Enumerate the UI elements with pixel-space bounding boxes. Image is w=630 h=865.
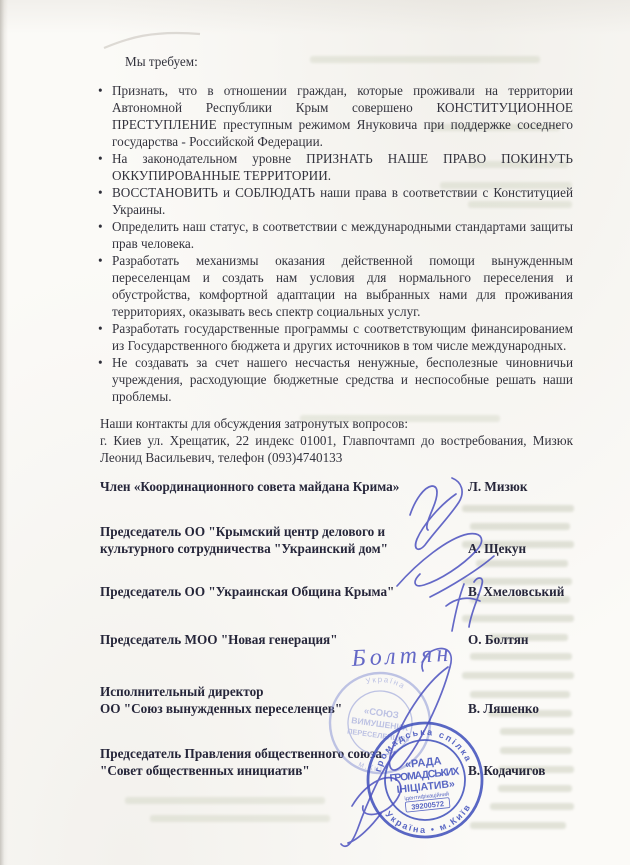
signatory-name: В. Кодачигов [468, 762, 545, 779]
demand-item: Не создавать за счет нашего несчастья не… [100, 354, 573, 405]
signatory-row: Председатель Правления общественного сою… [100, 745, 573, 779]
document-body: Мы требуем: Признать, что в отношении гр… [0, 0, 630, 865]
demand-item: Разработать государственные программы с … [100, 320, 573, 354]
signatory-name: В. Ляшенко [468, 700, 539, 717]
signatory-name: А. Щекун [468, 540, 526, 557]
signatory-row: Исполнительный директор ОО "Союз вынужде… [100, 683, 573, 717]
signatory-name: В. Хмеловський [468, 583, 564, 600]
intro-line: Мы требуем: [100, 53, 573, 70]
demand-item: Признать, что в отношении граждан, котор… [100, 82, 573, 150]
signatory-name: Л. Мизюк [468, 478, 527, 495]
contacts-address: г. Киев ул. Хрещатик, 22 индекс 01001, Г… [100, 432, 573, 466]
signatory-row: Председатель ОО "Крымский центр делового… [100, 523, 573, 557]
demands-list: Признать, что в отношении граждан, котор… [100, 82, 573, 405]
signatory-title: Председатель МОО "Новая генерация" [100, 631, 468, 648]
signatory-row: Член «Координационного совета майдана Кр… [100, 478, 573, 495]
signatory-title: Член «Координационного совета майдана Кр… [100, 478, 468, 495]
demand-item: Разработать механизмы оказания действенн… [100, 252, 573, 320]
signatory-row: Председатель ОО "Украинская Община Крыма… [100, 583, 573, 600]
signatory-row: Председатель МОО "Новая генерация" О. Бо… [100, 631, 573, 648]
signatory-title: Председатель ОО "Украинская Община Крыма… [100, 583, 468, 600]
signatory-title: Исполнительный директор ОО "Союз вынужде… [100, 683, 468, 717]
demand-item: Определить наш статус, в соответствии с … [100, 218, 573, 252]
contacts-heading: Наши контакты для обсуждения затронутых … [100, 415, 573, 432]
signatory-name: О. Болтян [468, 631, 528, 648]
demand-item: ВОССТАНОВИТЬ и СОБЛЮДАТЬ наши права в со… [100, 184, 573, 218]
scanned-document-page: Мы требуем: Признать, что в отношении гр… [0, 0, 630, 865]
signatory-title: Председатель Правления общественного сою… [100, 745, 468, 779]
demand-item: На законодательном уровне ПРИЗНАТЬ НАШЕ … [100, 150, 573, 184]
signatory-title: Председатель ОО "Крымский центр делового… [100, 523, 468, 557]
